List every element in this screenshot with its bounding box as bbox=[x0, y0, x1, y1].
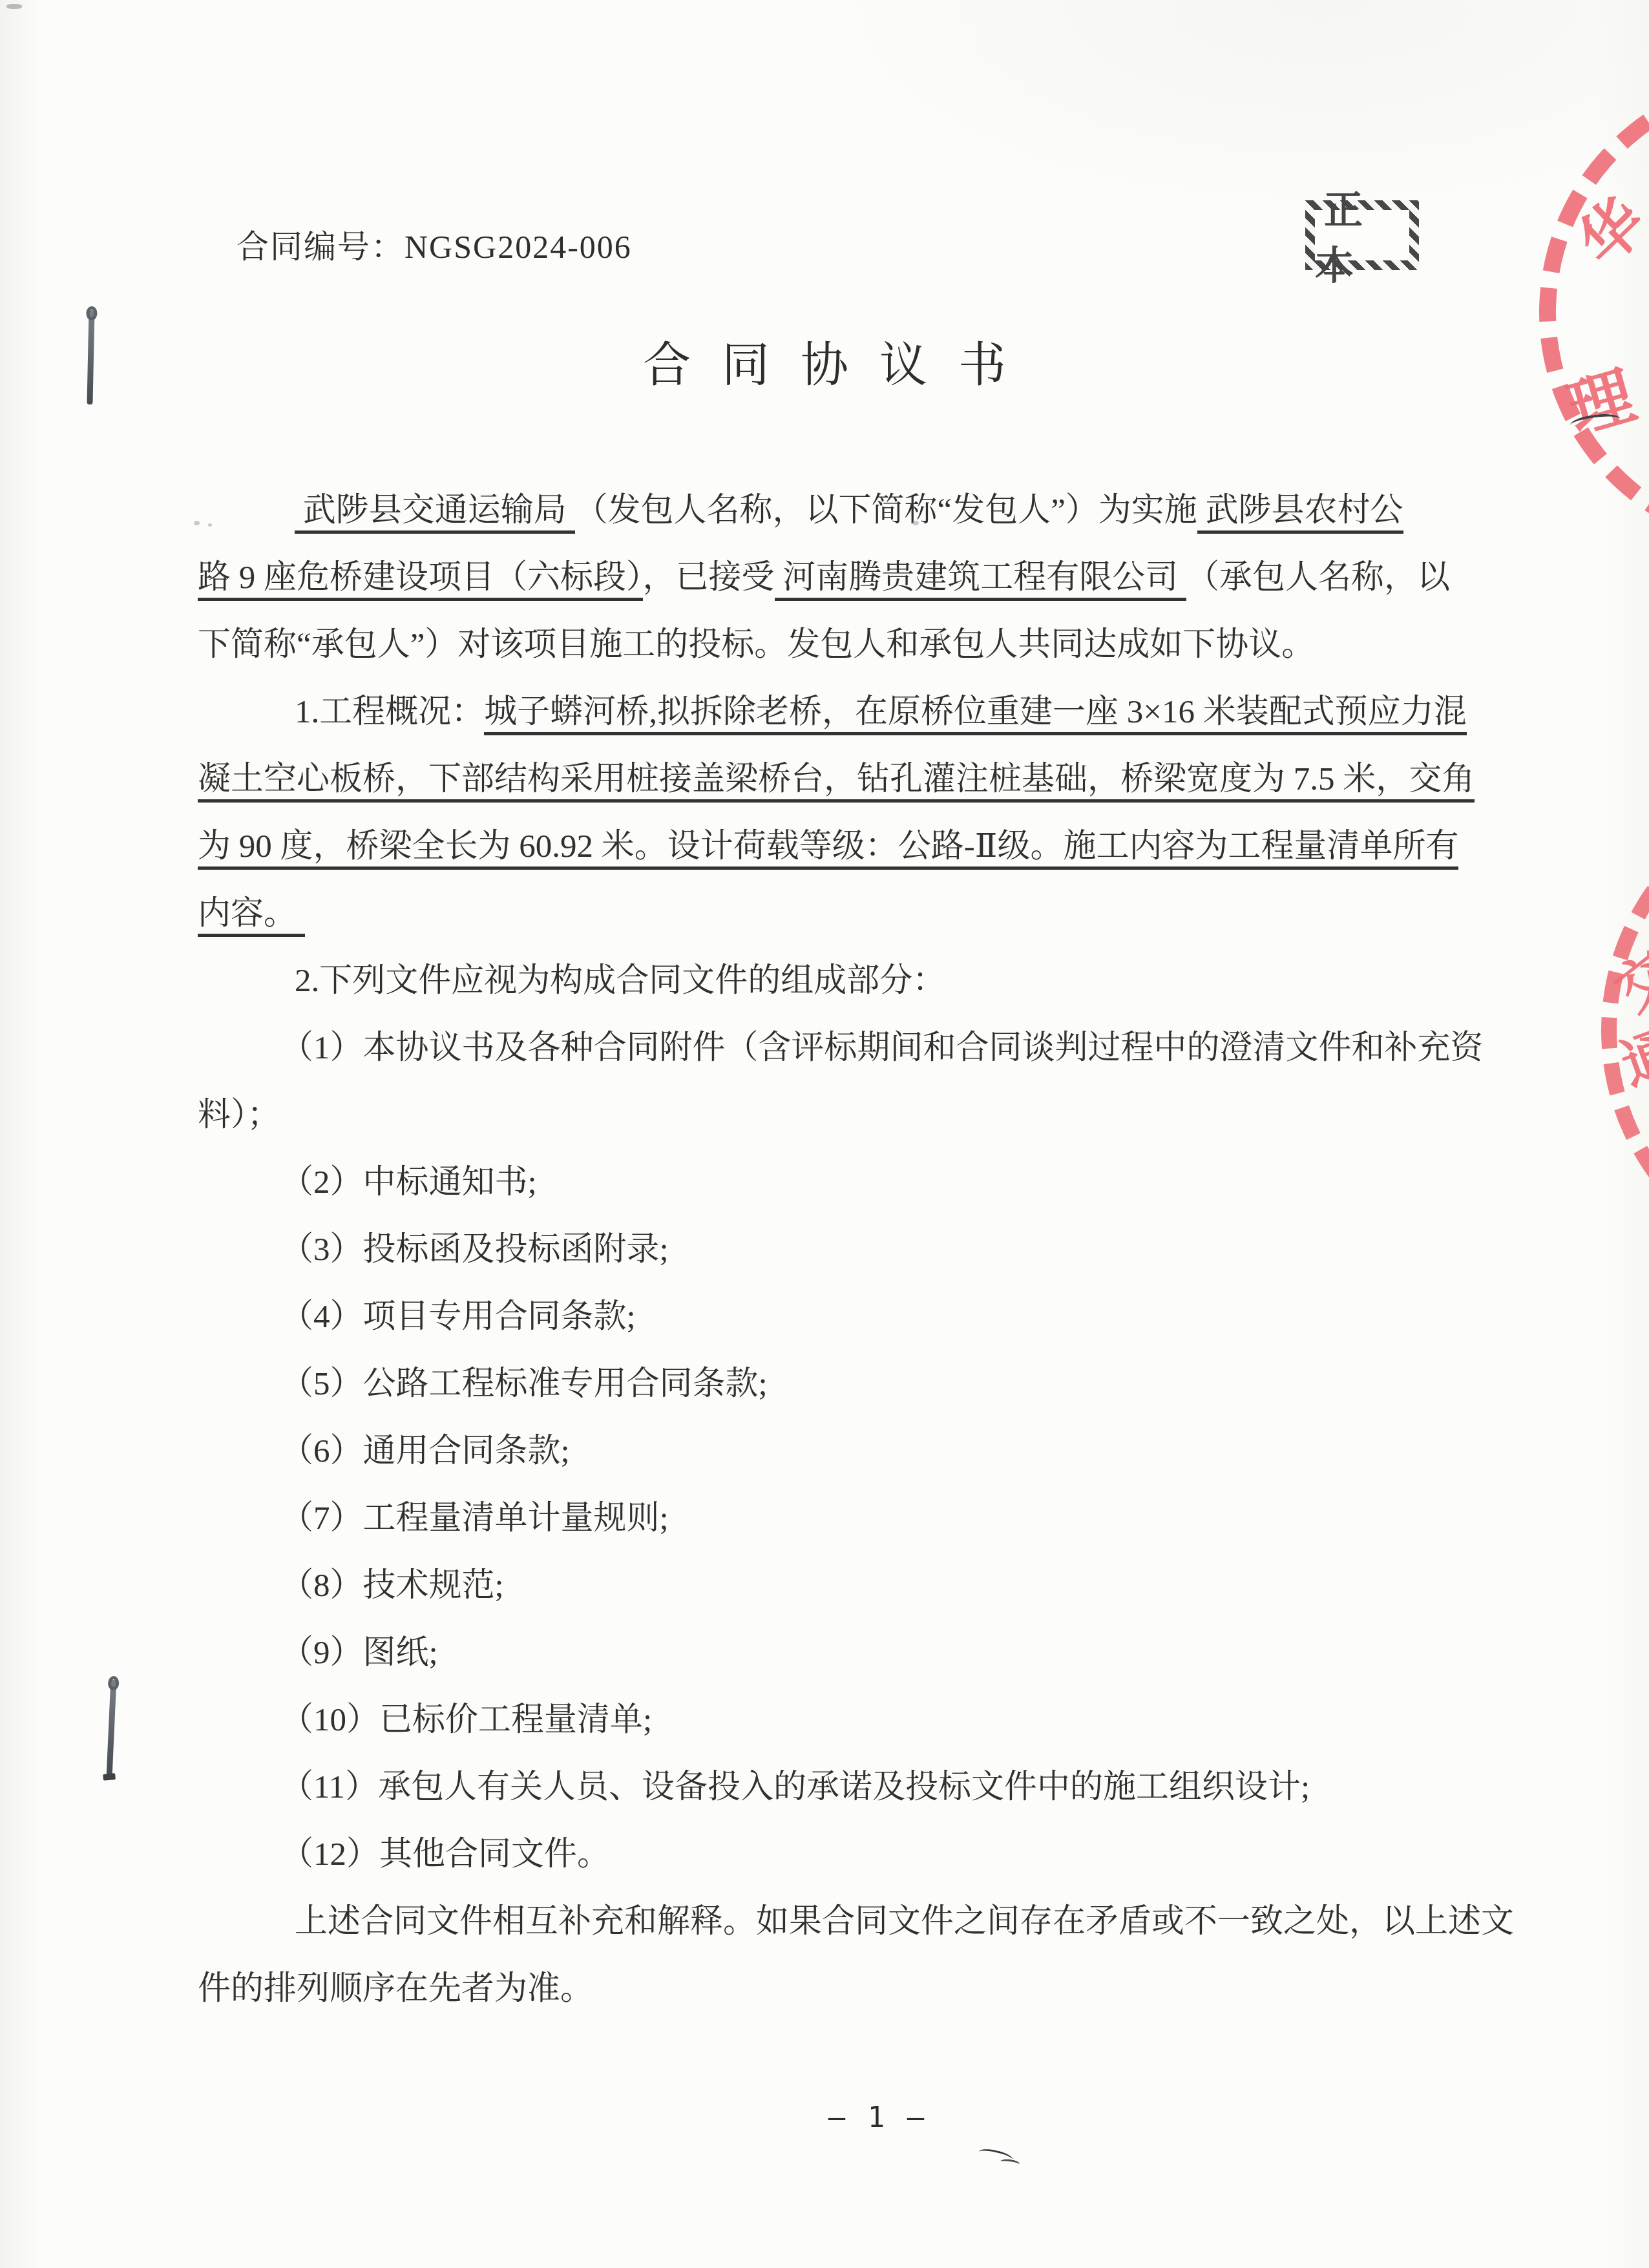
red-seal-ring bbox=[1595, 887, 1649, 1188]
underlined-field: 路 9 座危桥建设项目（六标段） bbox=[198, 560, 643, 601]
text-run: （9）图纸; bbox=[280, 1635, 438, 1671]
text-line: （4）项目专用合同条款; bbox=[198, 1283, 1578, 1350]
scan-smudge bbox=[6, 4, 22, 9]
underlined-field: 为 90 度，桥梁全长为 60.92 米。设计荷载等级：公路-Ⅱ级。施工内容为工… bbox=[198, 828, 1458, 870]
text-line: 路 9 座危桥建设项目（六标段），已接受 河南腾贵建筑工程有限公司 （承包人名称… bbox=[198, 544, 1578, 611]
text-line: （5）公路工程标准专用合同条款; bbox=[198, 1350, 1578, 1418]
text-run: （2）中标通知书; bbox=[280, 1164, 537, 1201]
text-run: （承包人名称，以 bbox=[1186, 560, 1450, 596]
red-seal-character: 通 bbox=[1608, 1006, 1649, 1100]
underlined-field: 城子蟒河桥,拟拆除老桥，在原桥位重建一座 3×16 米装配式预应力混 bbox=[484, 694, 1467, 735]
contract-body-text: 武陟县交通运输局 （发包人名称，以下简称“发包人”）为实施 武陟县农村公路 9 … bbox=[198, 477, 1578, 2022]
pen-squiggle bbox=[1000, 2158, 1020, 2168]
original-copy-stamp-label: 正本 bbox=[1315, 210, 1409, 260]
contract-number: 合同编号：NGSG2024-006 bbox=[236, 221, 632, 268]
text-run: （1）本协议书及各种合同附件（含评标期间和合同谈判过程中的澄清文件和补充资 bbox=[280, 1030, 1484, 1066]
text-line: （9）图纸; bbox=[198, 1619, 1578, 1686]
text-line: （2）中标通知书; bbox=[198, 1149, 1578, 1216]
text-run: （12）其他合同文件。 bbox=[280, 1836, 610, 1873]
text-line: （10）已标价工程量清单; bbox=[198, 1686, 1578, 1754]
pen-squiggle bbox=[978, 2147, 1014, 2165]
text-run: 件的排列顺序在先者为准。 bbox=[198, 1971, 593, 2007]
text-line: 凝土空心板桥，下部结构采用桩接盖梁桥台，钻孔灌注桩基础，桥梁宽度为 7.5 米，… bbox=[198, 746, 1578, 813]
text-run: 1.工程概况： bbox=[295, 694, 484, 730]
underlined-field: 内容。 bbox=[198, 896, 305, 937]
text-line: 下简称“承包人”）对该项目施工的投标。发包人和承包人共同达成如下协议。 bbox=[198, 611, 1578, 678]
text-run: 料）； bbox=[198, 1097, 280, 1133]
text-line: 件的排列顺序在先者为准。 bbox=[198, 1955, 1578, 2022]
text-run: （5）公路工程标准专用合同条款; bbox=[280, 1366, 768, 1402]
underlined-field: 河南腾贵建筑工程有限公司 bbox=[775, 560, 1187, 601]
red-seal-character: 交 bbox=[1595, 929, 1649, 1026]
text-line: （7）工程量清单计量规则; bbox=[198, 1485, 1578, 1552]
red-seal-character: 华 bbox=[1556, 175, 1649, 282]
pen-squiggle bbox=[1570, 412, 1621, 432]
text-line: （3）投标函及投标函附录; bbox=[198, 1216, 1578, 1283]
page-number: — 1 — bbox=[800, 2101, 955, 2134]
text-run: （11）承包人有关人员、设备投入的承诺及投标文件中的施工组织设计; bbox=[280, 1769, 1310, 1805]
underlined-field: 凝土空心板桥，下部结构采用桩接盖梁桥台，钻孔灌注桩基础，桥梁宽度为 7.5 米，… bbox=[198, 761, 1475, 803]
text-run: （7）工程量清单计量规则; bbox=[280, 1500, 669, 1537]
text-run: （3）投标函及投标函附录; bbox=[280, 1232, 669, 1268]
underlined-field: 武陟县交通运输局 bbox=[295, 492, 575, 534]
text-run: （发包人名称，以下简称“发包人”）为实施 bbox=[575, 492, 1197, 529]
text-line: （1）本协议书及各种合同附件（含评标期间和合同谈判过程中的澄清文件和补充资 bbox=[198, 1014, 1578, 1082]
underlined-field: 武陟县农村公 bbox=[1197, 492, 1403, 534]
staple-mark-bottom bbox=[107, 1680, 117, 1776]
document-title: 合同协议书 bbox=[0, 327, 1649, 395]
scan-speck bbox=[208, 523, 212, 527]
text-line: 上述合同文件相互补充和解释。如果合同文件之间存在矛盾或不一致之处，以上述文 bbox=[198, 1888, 1578, 1955]
text-line: 2.下列文件应视为构成合同文件的组成部分： bbox=[198, 947, 1578, 1014]
text-line: 料）； bbox=[198, 1082, 1578, 1149]
text-line: （11）承包人有关人员、设备投入的承诺及投标文件中的施工组织设计; bbox=[198, 1754, 1578, 1821]
text-line: 内容。 bbox=[198, 880, 1578, 947]
text-run: （10）已标价工程量清单; bbox=[280, 1702, 652, 1738]
text-line: 1.工程概况：城子蟒河桥,拟拆除老桥，在原桥位重建一座 3×16 米装配式预应力… bbox=[198, 678, 1578, 746]
original-copy-stamp: 正本 bbox=[1305, 200, 1419, 270]
red-seal-mid-right: 交 通 bbox=[1595, 887, 1649, 1188]
text-run: ，已接受 bbox=[643, 560, 775, 596]
text-run: 下简称“承包人”）对该项目施工的投标。发包人和承包人共同达成如下协议。 bbox=[198, 627, 1314, 663]
text-run: （6）通用合同条款; bbox=[280, 1433, 570, 1469]
text-line: （8）技术规范; bbox=[198, 1552, 1578, 1619]
text-run: 上述合同文件相互补充和解释。如果合同文件之间存在矛盾或不一致之处，以上述文 bbox=[295, 1904, 1514, 1940]
contract-document-page: 合同编号：NGSG2024-006 正本 华 理 交 通 合同协议书 武陟县交通… bbox=[0, 0, 1649, 2268]
scan-speck bbox=[194, 521, 200, 525]
text-run: 2.下列文件应视为构成合同文件的组成部分： bbox=[295, 963, 945, 999]
text-line: （6）通用合同条款; bbox=[198, 1418, 1578, 1485]
text-run: （4）项目专用合同条款; bbox=[280, 1299, 636, 1335]
text-line: （12）其他合同文件。 bbox=[198, 1821, 1578, 1888]
text-line: 为 90 度，桥梁全长为 60.92 米。设计荷载等级：公路-Ⅱ级。施工内容为工… bbox=[198, 813, 1578, 880]
scan-speck bbox=[912, 521, 919, 525]
text-run: （8）技术规范; bbox=[280, 1568, 504, 1604]
text-line: 武陟县交通运输局 （发包人名称，以下简称“发包人”）为实施 武陟县农村公 bbox=[198, 477, 1578, 544]
